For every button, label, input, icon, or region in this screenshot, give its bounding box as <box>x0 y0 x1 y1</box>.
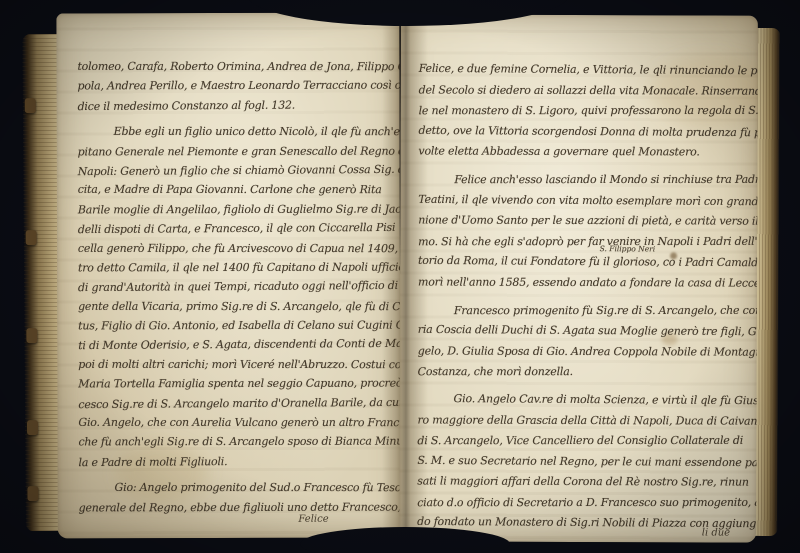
manuscript-line: cita, e Madre di Papa Giovanni. Carlone … <box>78 180 401 200</box>
manuscript-line: di S. Arcangelo, Vice Cancelliero del Co… <box>417 431 757 452</box>
manuscript-line: Maria Tortella Famiglia spenta nel seggi… <box>78 374 400 394</box>
manuscript-line: Teatini, il qle vivendo con vita molto e… <box>418 189 758 212</box>
manuscript-line: pola, Andrea Perillo, e Maestro Leonardo… <box>77 76 400 96</box>
manuscript-line: Francesco primogenito fù Sig.re di S. Ar… <box>418 300 758 321</box>
binding-tab <box>27 486 38 501</box>
manuscript-line: sati li maggiori affari della Corona del… <box>417 472 758 494</box>
manuscript-line: Felice, e due femine Cornelia, e Vittori… <box>419 59 758 82</box>
interlinear-insertion: S. Filippo Neri <box>600 245 656 253</box>
manuscript-line: tus, Figlio di Gio. Antonio, ed Isabella… <box>78 316 401 336</box>
manuscript-line: pitano Generale nel Piemonte e gran Sene… <box>78 141 401 161</box>
manuscript-line: le nel monastero di S. Ligoro, quivi pro… <box>419 101 758 122</box>
manuscript-line: che fù anch'egli Sig.re di S. Arcangelo … <box>78 432 400 452</box>
manuscript-line: Gio. Angelo, che con Aurelia Vulcano gen… <box>78 413 400 433</box>
manuscript-line: S. M. e suo Secretario nel Regno, per le… <box>417 451 758 474</box>
manuscript-line: ro maggiore della Grascia della Città di… <box>417 410 757 432</box>
manuscript-line: generale del Regno, ebbe due figliuoli u… <box>79 497 401 517</box>
manuscript-line: volte eletta Abbadessa a governare quel … <box>418 142 758 164</box>
manuscript-line: morì nell'anno 1585, essendo andato a fo… <box>418 272 758 294</box>
manuscript-line: ciato d.o officio di Secretario a D. Fra… <box>417 493 758 514</box>
manuscript-line: la e Padre di molti Figliuoli. <box>78 451 400 473</box>
manuscript-line: detto, ove la Vittoria scorgendosi Donna… <box>418 121 757 144</box>
manuscript-line: S. Filippo Neritorio da Roma, il cui Fon… <box>418 251 758 274</box>
manuscript-line: cesco Sig.re di S. Arcangelo marito d'Or… <box>78 392 400 414</box>
manuscript-line: tro detto Camila, il qle nel 1400 fù Cap… <box>78 257 401 277</box>
manuscript-line: di grand'Autorità in quei Tempi, ricadut… <box>78 276 401 298</box>
manuscript-line: cella generò Filippo, che fù Arcivescovo… <box>78 238 401 258</box>
catchword-right: li due <box>702 527 730 538</box>
manuscript-line: Gio. Angelo Cav.re di molta Scienza, e v… <box>418 389 758 412</box>
manuscript-line: nione d'Uomo Santo per le sue azzioni di… <box>418 211 758 233</box>
manuscript-line: gelo, D. Giulia Sposa di Gio. Andrea Cop… <box>418 341 758 363</box>
manuscript-line: Barile moglie di Angelilao, figliolo di … <box>78 199 401 219</box>
handwritten-text-left: tolomeo, Carafa, Roberto Orimina, Andrea… <box>77 57 400 518</box>
manuscript-line: Felice anch'esso lasciando il Mondo si r… <box>418 170 758 191</box>
manuscript-line: tolomeo, Carafa, Roberto Orimina, Andrea… <box>77 57 400 77</box>
manuscript-line: gente della Vicaria, primo Sig.re di S. … <box>78 297 401 317</box>
manuscript-line: dice il medesimo Constanzo al fogl. 132. <box>77 95 400 117</box>
manuscript-line: ti di Monte Oderisio, e S. Agata, discen… <box>78 334 401 356</box>
binding-tab <box>26 230 37 245</box>
photo-background: tolomeo, Carafa, Roberto Orimina, Andrea… <box>0 0 800 553</box>
manuscript-line: Napoli: Generò un figlio che si chiamò G… <box>78 160 401 182</box>
manuscript-page-left: tolomeo, Carafa, Roberto Orimina, Andrea… <box>56 13 400 539</box>
manuscript-line: poi di molti altri carichi; morì Viceré … <box>78 355 400 375</box>
manuscript-line: Costanza, che morì donzella. <box>418 362 758 383</box>
bottom-edge-dip <box>300 527 510 553</box>
binding-tab <box>27 420 38 435</box>
manuscript-page-right: Felice, e due femine Cornelia, e Vittori… <box>399 14 758 542</box>
manuscript-line: Ebbe egli un figlio unico detto Nicolò, … <box>78 122 401 142</box>
handwritten-text-right: Felice, e due femine Cornelia, e Vittori… <box>417 59 758 534</box>
manuscript-line: mo. Si hà che egli s'adoprò per far veni… <box>418 232 758 253</box>
manuscript-line: Gio: Angelo primogenito del Sud.o France… <box>79 478 401 498</box>
manuscript-line: ria Coscia delli Duchi di S. Agata sua M… <box>418 320 758 343</box>
manuscript-line: del Secolo si diedero ai sollazzi della … <box>419 80 758 102</box>
catchword-left: Felice <box>298 514 328 525</box>
binding-tab <box>25 98 36 113</box>
binding-tab <box>26 328 37 343</box>
manuscript-line: delli dispoti di Carta, e Francesco, il … <box>78 218 401 240</box>
